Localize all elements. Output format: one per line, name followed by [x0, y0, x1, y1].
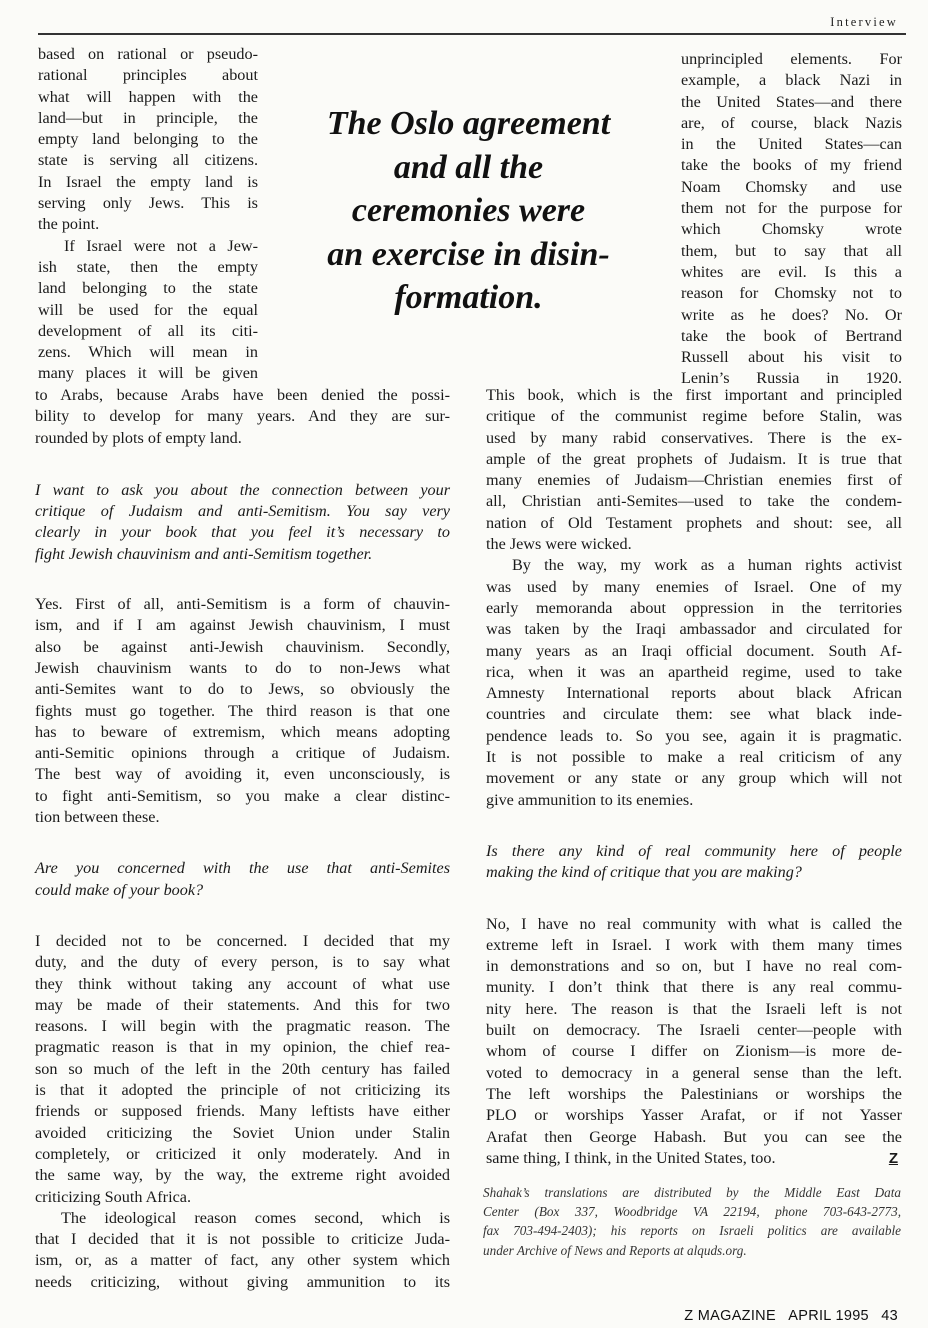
text-line: Shahak’s translations are distributed by… [483, 1183, 901, 1202]
left-column: to Arabs, because Arabs have been denied… [35, 385, 450, 1293]
text-line: what will happen with the [38, 87, 258, 108]
text-line: nation of Old Testament prophets and sho… [486, 513, 902, 534]
text-line: in the United States—can [681, 134, 902, 155]
text-line: ample of the great prophets of Judaism. … [486, 449, 902, 470]
text-line: needs criticizing, without giving ammuni… [35, 1272, 450, 1293]
text-line: extreme left in Israel. I work with them… [486, 935, 902, 956]
text-line: critique of the communist regime before … [486, 406, 902, 427]
left-column-top: based on rational or pseudo- rational pr… [38, 44, 258, 385]
text-line: the Jews were wicked. [486, 534, 902, 555]
text-line: they think without taking any account of… [35, 974, 450, 995]
text-line: ism, or, as a matter of fact, any other … [35, 1250, 450, 1271]
text-line: duty, and the duty of every person, is t… [35, 952, 450, 973]
text-line: fights must go together. The third reaso… [35, 701, 450, 722]
text-line: serving only Jews. This is [38, 193, 258, 214]
page-footer: Z MAGAZINE APRIL 1995 43 [684, 1308, 898, 1324]
paragraph: By the way, my work as a human rights ac… [486, 555, 902, 811]
paragraph: This book, which is the first important … [486, 385, 902, 555]
text-line: nity here. The reason is that the Israel… [486, 999, 902, 1020]
text-line: will be used for the equal [38, 300, 258, 321]
text-line: anti-Semitic opinions through a critique… [35, 743, 450, 764]
text-line: movement or any state or any group which… [486, 768, 902, 789]
text-line: ism, and if I am against Jewish chauvini… [35, 615, 450, 636]
header-rule [38, 33, 906, 35]
text-line: criticizing South Africa. [35, 1187, 450, 1208]
text-line: bility to develop for many years. And th… [35, 406, 450, 427]
interview-question: Is there any kind of real community here… [486, 841, 902, 884]
text-line: in demonstrations and so on, but I have … [486, 956, 902, 977]
text-line: take the books of my friend [681, 155, 902, 176]
text-line: By the way, my work as a human rights ac… [486, 555, 902, 576]
text-line: take the book of Bertrand [681, 326, 902, 347]
text-line: Is there any kind of real community here… [486, 841, 902, 862]
text-line: to Arabs, because Arabs have been denied… [35, 385, 450, 406]
text-line: the same way, by the way, the extreme ri… [35, 1165, 450, 1186]
text-line: whom of course I differ on Zionism—is mo… [486, 1041, 902, 1062]
text-line: completely, or criticized it only modera… [35, 1144, 450, 1165]
interview-answer: No, I have no real community with what i… [486, 914, 902, 1170]
text-line: zens. Which will mean in [38, 342, 258, 363]
text-line: It is not possible to make a real critic… [486, 747, 902, 768]
text-line: under Archive of News and Reports at alq… [483, 1241, 901, 1260]
text-line: friends or supposed friends. Many leftis… [35, 1101, 450, 1122]
text-line: many places it will be given [38, 363, 258, 384]
text-line: pragmatic reason is that in my opinion, … [35, 1037, 450, 1058]
text-line: development of all its citi- [38, 321, 258, 342]
paragraph: to Arabs, because Arabs have been denied… [35, 385, 450, 449]
text-line: land—but in principle, the [38, 108, 258, 129]
final-line: same thing, I think, in the United State… [486, 1148, 902, 1169]
text-line: the United States—and there [681, 92, 902, 113]
text-line: that I decided that it is not possible t… [35, 1229, 450, 1250]
text-line: munity. I don’t think that there is any … [486, 977, 902, 998]
text-line: rica, when it was an apartheid regime, u… [486, 662, 902, 683]
text-line: example, a black Nazi in [681, 70, 902, 91]
right-column: This book, which is the first important … [486, 385, 902, 1169]
section-label: Interview [830, 15, 898, 30]
text-line: is that it adopted the principle of not … [35, 1080, 450, 1101]
text-line: Arafat then George Habash. But you can s… [486, 1127, 902, 1148]
pull-quote: The Oslo agreement and all the ceremonie… [306, 102, 631, 320]
text-line: This book, which is the first important … [486, 385, 902, 406]
text-line: the point. [38, 214, 258, 235]
text-line: Are you concerned with the use that anti… [35, 858, 450, 879]
text-line: give ammunition to its enemies. [486, 790, 902, 811]
text-line: land belonging to the state [38, 278, 258, 299]
magazine-page: Interview based on rational or pseudo- r… [0, 0, 928, 1328]
text-line: Jewish chauvinism wants to do to non-Jew… [35, 658, 450, 679]
text-line: critique of Judaism and anti-Semitism. Y… [35, 501, 450, 522]
text-line: pendence leads to. So you see, again it … [486, 726, 902, 747]
magazine-name: Z MAGAZINE [684, 1308, 776, 1324]
text-line: could make of your book? [35, 880, 450, 901]
text-line: clearly in your book that you feel it’s … [35, 522, 450, 543]
text-line: The left worships the Palestinians or wo… [486, 1084, 902, 1105]
pull-quote-line: ceremonies were [306, 189, 631, 233]
text-line: used by many rabid conservatives. There … [486, 428, 902, 449]
text-line: making the kind of critique that you are… [486, 862, 902, 883]
text-line: state is serving all citizens. [38, 150, 258, 171]
text-line: based on rational or pseudo- [38, 44, 258, 65]
page-number: 43 [881, 1308, 898, 1324]
text-line: rounded by plots of empty land. [35, 428, 450, 449]
text-line: empty land belonging to the [38, 129, 258, 150]
text-line: voted to democracy in a general sense th… [486, 1063, 902, 1084]
text-line: If Israel were not a Jew- [38, 236, 258, 257]
interview-answer: I decided not to be concerned. I decided… [35, 931, 450, 1293]
text-line: may be made of their statements. And thi… [35, 995, 450, 1016]
issue-date: APRIL 1995 [788, 1308, 869, 1324]
interview-answer: Yes. First of all, anti-Semitism is a fo… [35, 594, 450, 828]
text-line: PLO or worships Yasser Arafat, or if not… [486, 1105, 902, 1126]
pull-quote-line: The Oslo agreement [306, 102, 631, 146]
text-line: fight Jewish chauvinism and anti-Semitis… [35, 544, 450, 565]
text-line: I want to ask you about the connection b… [35, 480, 450, 501]
footnote: Shahak’s translations are distributed by… [483, 1183, 901, 1260]
text-line: In Israel the empty land is [38, 172, 258, 193]
text-line: son so much of the left in the 20th cent… [35, 1059, 450, 1080]
text-line: many enemies of Judaism—Christian enemie… [486, 470, 902, 491]
text-line: reason for Chomsky not to [681, 283, 902, 304]
text-line: reasons. I will begin with the pragmatic… [35, 1016, 450, 1037]
text-line: Amnesty International reports about blac… [486, 683, 902, 704]
text-line: whites are evil. Is this a [681, 262, 902, 283]
text-line: was used by many enemies of Israel. One … [486, 577, 902, 598]
text-line: them not for the purpose for [681, 198, 902, 219]
text-line: unprincipled elements. For [681, 49, 902, 70]
text-line: all, Christian anti-Semites—used to take… [486, 491, 902, 512]
text-line: has to beware of extremism, which means … [35, 722, 450, 743]
text-line: Noam Chomsky and use [681, 177, 902, 198]
text-line: Russell about his visit to [681, 347, 902, 368]
text-line: The best way of avoiding it, even uncons… [35, 764, 450, 785]
text-line: early memoranda about oppression in the … [486, 598, 902, 619]
interview-question: Are you concerned with the use that anti… [35, 858, 450, 901]
text-line: them, but to say that all [681, 241, 902, 262]
text-line: also be against anti-Jewish chauvinism. … [35, 637, 450, 658]
text-line: countries and circulate them: see what b… [486, 704, 902, 725]
text-line: Center (Box 337, Woodbridge VA 22194, ph… [483, 1202, 901, 1221]
text-line: fax 703-494-2403); his reports on Israel… [483, 1221, 901, 1240]
pull-quote-line: and all the [306, 146, 631, 190]
pull-quote-line: formation. [306, 276, 631, 320]
text-line: are, of course, black Nazis [681, 113, 902, 134]
text-line: to fight anti-Semitism, so you make a cl… [35, 786, 450, 807]
end-mark-icon: Z [889, 1148, 898, 1169]
text-line: many years as an Iraqi official document… [486, 641, 902, 662]
text-line: The ideological reason comes second, whi… [35, 1208, 450, 1229]
text-line: rational principles about [38, 65, 258, 86]
text-line: same thing, I think, in the United State… [486, 1148, 776, 1169]
text-line: tion between these. [35, 807, 450, 828]
text-line: Yes. First of all, anti-Semitism is a fo… [35, 594, 450, 615]
interview-question: I want to ask you about the connection b… [35, 480, 450, 565]
text-line: built on democracy. The Israeli center—p… [486, 1020, 902, 1041]
pull-quote-line: an exercise in disin- [306, 233, 631, 277]
text-line: No, I have no real community with what i… [486, 914, 902, 935]
right-column-top: unprincipled elements. For example, a bl… [681, 49, 902, 390]
text-line: write as he does? No. Or [681, 305, 902, 326]
text-line: was taken by the Iraqi ambassador and ci… [486, 619, 902, 640]
text-line: ish state, then the empty [38, 257, 258, 278]
text-line: which Chomsky wrote [681, 219, 902, 240]
text-line: I decided not to be concerned. I decided… [35, 931, 450, 952]
text-line: anti-Semites want to do to Jews, so obvi… [35, 679, 450, 700]
text-line: avoided criticizing the Soviet Union und… [35, 1123, 450, 1144]
